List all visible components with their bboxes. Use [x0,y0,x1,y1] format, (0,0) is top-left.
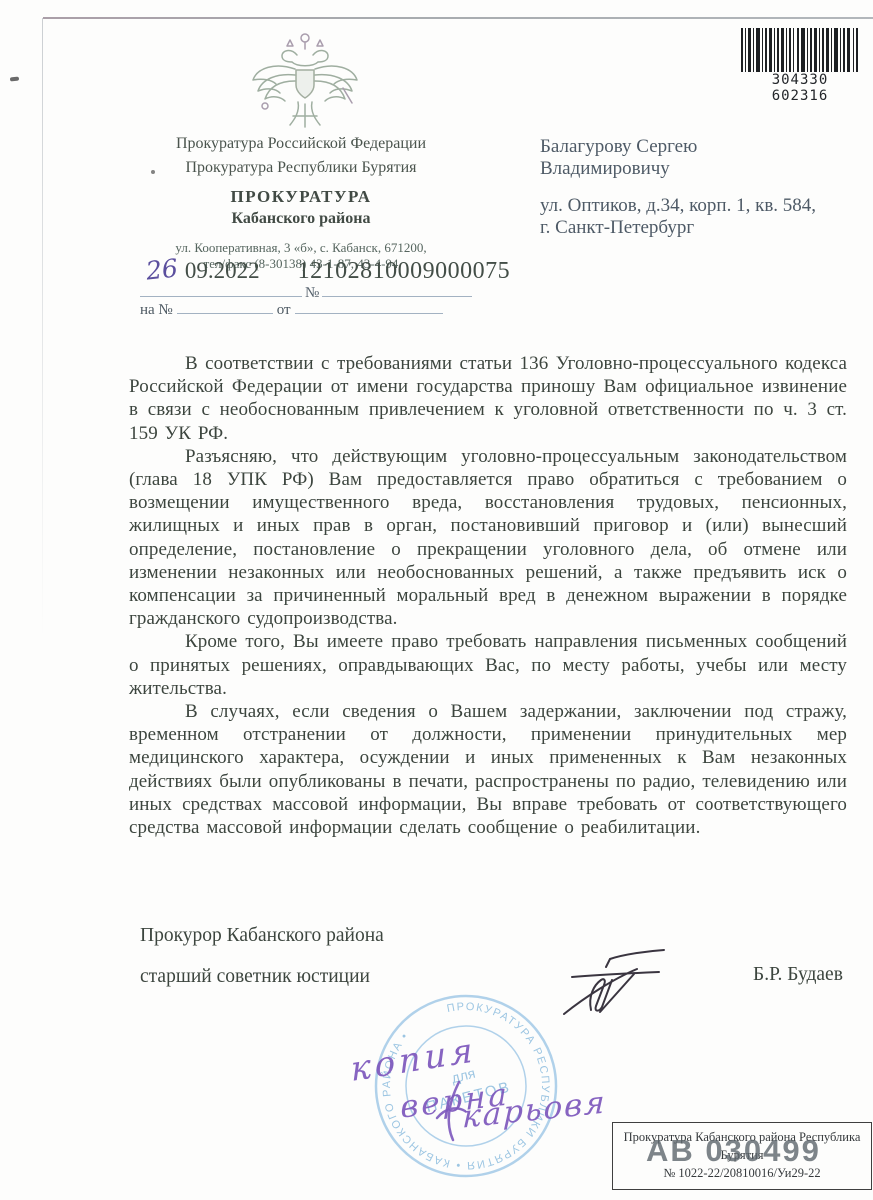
signer-name: Б.Р. Будаев [753,964,843,986]
signoff-position-line1: Прокурор Кабанского района [140,925,384,947]
scan-edge-artifact-left [42,18,43,638]
number-underline-row: № [140,284,478,302]
barcode: 304330 602316 [737,28,863,96]
scan-edge-artifact-top [43,17,873,19]
letter-body: В соответствии с требованиями статьи 136… [129,352,847,839]
paragraph-4: В случаях, если сведения о Вашем задержа… [129,700,847,839]
reference-row: на № от [140,301,460,319]
recipient-address-line1: ул. Оптиков, д.34, корп. 1, кв. 584, [540,195,865,217]
handwritten-date-day: 26 [145,253,180,285]
paragraph-2: Разъясняю, что действующим уголовно-проц… [129,445,847,631]
scanned-letter-page: 304330 602316 [0,0,873,1200]
recipient-name-line1: Балагурову Сергею [540,136,865,158]
coat-of-arms-double-headed-eagle-icon [243,26,367,138]
recipient-block: Балагурову Сергею Владимировичу ул. Опти… [540,136,865,239]
paragraph-3: Кроме того, Вы имеете право требовать на… [129,630,847,700]
letterhead-org-district: Кабанского района [138,208,464,230]
barcode-digits: 304330 602316 [741,72,859,104]
number-sign: № [302,285,322,302]
outgoing-number: 12102810009000075 [298,258,511,285]
letterhead: Прокуратура Российской Федерации Прокура… [138,132,464,272]
letterhead-org-line2: Прокуратура Республики Бурятия [138,156,464,180]
letterhead-org-name: ПРОКУРАТУРА [138,186,464,208]
letterhead-address-line1: ул. Кооперативная, 3 «б», с. Кабанск, 67… [138,240,464,256]
underline [322,284,472,297]
underline [295,301,443,314]
recipient-address-line2: г. Санкт-Петербург [540,217,865,239]
spacer [540,180,865,195]
signature-scribble [543,922,693,1027]
underline [177,301,273,314]
letterhead-org-line1: Прокуратура Российской Федерации [138,132,464,156]
paragraph-1: В соответствии с требованиями статьи 136… [129,352,847,445]
printed-date: 09.2022 [185,258,260,284]
recipient-name-line2: Владимировичу [540,158,865,180]
ref-from-label: от [277,302,291,319]
signoff-position-line2: старший советник юстиции [140,966,370,988]
serial-number-overlay: АВ 030499 [646,1133,821,1169]
date-number-row: 26 09.2022 12102810009000075 [146,255,478,285]
scan-mark-artifact [10,77,19,82]
ref-prefix-label: на № [140,302,173,319]
underline [140,284,302,297]
